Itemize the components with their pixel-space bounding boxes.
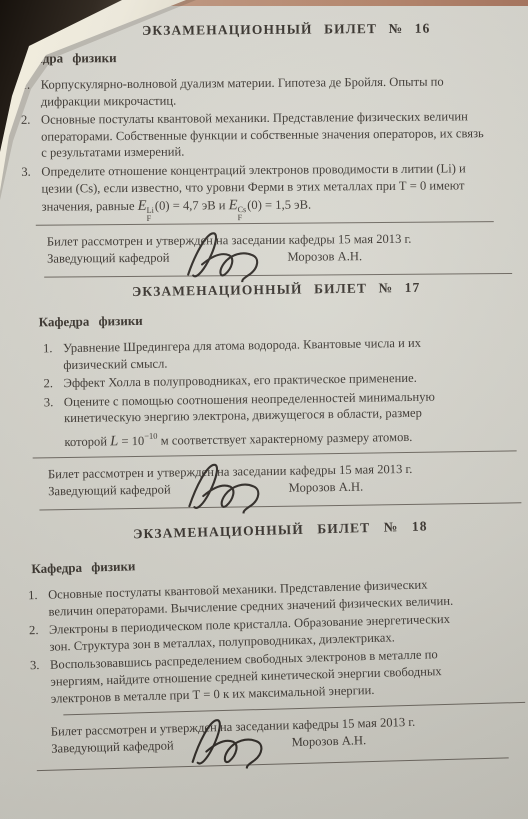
signature-scribble [183,713,294,770]
department-label: Кафедра физики [31,548,528,577]
ticket-title: ЭКЗАМЕНАЦИОННЫЙ БИЛЕТ № 18 [16,515,528,545]
department-label: Кафедра физики [12,47,528,67]
item-number: 3. [30,657,51,707]
item-number: 3. [21,164,41,221]
table-edge-strip [148,0,528,6]
question-list: 1. Уравнение Шредингера для атома водоро… [1,333,528,452]
exam-item: 3. Определите отношение концентраций эле… [1,160,528,221]
exam-item: 3. Оцените с помощью соотношения неопред… [2,387,528,452]
exam-item: 1. Уравнение Шредингера для атома водоро… [1,333,528,374]
exam-item: 2. Основные постулаты квантовой механики… [1,108,528,162]
question-list: 1. Корпускулярно-волновой дуализм матери… [1,73,528,221]
head-of-department-label: Заведующий кафедрой [47,250,170,268]
formula-text: и [216,198,229,212]
question-list: 1. Основные постулаты квантовой механики… [2,574,528,708]
item-number: 2. [21,112,41,162]
length-formula: L = 10−10 [110,434,158,449]
formula-text: м соответствует характерному размеру ато… [157,430,412,448]
item-number: 3. [44,394,65,451]
fermi-level-li-formula: ELiF(0) = 4,7 эВ [138,198,216,213]
head-of-department-label: Заведующий кафедрой [51,738,174,758]
approval-footer: Билет рассмотрен и утвержден на заседани… [2,230,528,268]
item-line: с результатами измерений. [41,141,528,161]
ticket-title: ЭКЗАМЕНАЦИОННЫЙ БИЛЕТ № 17 [12,278,528,302]
separator-line [33,450,517,458]
exam-item: 1. Корпускулярно-волновой дуализм матери… [1,73,528,110]
formula-text: значения, равные [42,199,138,214]
ticket-17: ЭКЗАМЕНАЦИОННЫЙ БИЛЕТ № 17 Кафедра физик… [0,270,528,511]
head-of-department-name: Морозов А.Н. [287,248,362,266]
fermi-level-cs-formula: ECsF(0) = 1,5 эВ. [229,198,312,213]
approval-footer: Билет рассмотрен и утвержден на заседани… [3,459,528,501]
head-of-department-label: Заведующий кафедрой [48,481,171,500]
item-line-formula: значения, равные ELiF(0) = 4,7 эВ и ECsF… [42,193,528,221]
signature-scribble [181,459,292,515]
ticket-18: ЭКЗАМЕНАЦИОННЫЙ БИЛЕТ № 18 Кафедра физик… [0,504,528,772]
item-line: дифракции микрочастиц. [41,89,528,109]
approval-footer: Билет рассмотрен и утвержден на заседани… [6,711,528,759]
item-number: 1. [28,587,49,621]
item-number: 1. [43,340,63,373]
item-number: 2. [43,375,63,392]
head-of-department-name: Морозов А.Н. [289,479,364,497]
item-number: 2. [29,622,50,656]
department-label: Кафедра физики [39,307,528,330]
head-of-department-name: Морозов А.Н. [291,732,366,751]
formula-text: которой [64,434,110,449]
